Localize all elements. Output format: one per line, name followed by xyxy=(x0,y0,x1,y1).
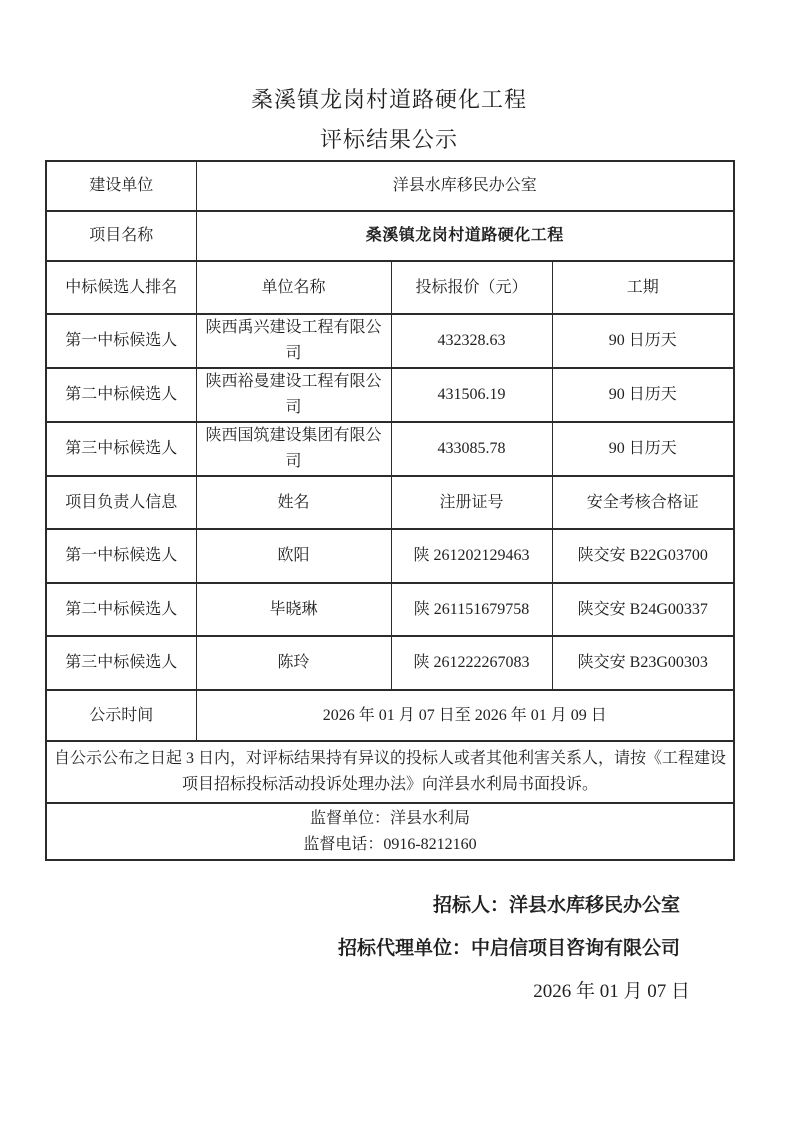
manager-header-name: 姓名 xyxy=(196,476,391,529)
bid-header-price: 投标报价（元） xyxy=(391,261,552,314)
supervision-phone: 监督电话：0916-8212160 xyxy=(53,832,727,858)
manager-row-3: 第三中标候选人 陈玲 陕 261222267083 陕交安 B23G00303 xyxy=(46,636,734,690)
signature-date: 2026 年 01 月 07 日 xyxy=(45,980,733,1004)
bid-duration: 90 日历天 xyxy=(552,422,734,476)
bid-company: 陕西裕曼建设工程有限公司 xyxy=(196,368,391,422)
bid-header-rank: 中标候选人排名 xyxy=(46,261,196,314)
manager-cert-no: 陕 261222267083 xyxy=(391,636,552,690)
supervision-unit: 监督单位：洋县水利局 xyxy=(53,806,727,832)
manager-safety-cert: 陕交安 B24G00337 xyxy=(552,583,734,636)
row-label: 建设单位 xyxy=(46,161,196,211)
bid-price: 432328.63 xyxy=(391,314,552,368)
manager-name: 陈玲 xyxy=(196,636,391,690)
info-row-project-name: 项目名称 桑溪镇龙岗村道路硬化工程 xyxy=(46,211,734,261)
manager-row-2: 第二中标候选人 毕晓琳 陕 261151679758 陕交安 B24G00337 xyxy=(46,583,734,636)
agency-line: 招标代理单位：中启信项目咨询有限公司 xyxy=(45,937,733,961)
bid-price: 433085.78 xyxy=(391,422,552,476)
bid-row-1: 第一中标候选人 陕西禹兴建设工程有限公司 432328.63 90 日历天 xyxy=(46,314,734,368)
manager-rank: 第一中标候选人 xyxy=(46,529,196,583)
construction-unit-value: 洋县水库移民办公室 xyxy=(196,161,734,211)
complaint-notice-row: 自公示公布之日起 3 日内，对评标结果持有异议的投标人或者其他利害关系人，请按《… xyxy=(46,741,734,803)
complaint-notice-text: 自公示公布之日起 3 日内，对评标结果持有异议的投标人或者其他利害关系人，请按《… xyxy=(46,741,734,803)
publicity-value: 2026 年 01 月 07 日至 2026 年 01 月 09 日 xyxy=(196,690,734,741)
bid-row-3: 第三中标候选人 陕西国筑建设集团有限公司 433085.78 90 日历天 xyxy=(46,422,734,476)
tenderer-line: 招标人：洋县水库移民办公室 xyxy=(45,894,733,918)
document-page: 桑溪镇龙岗村道路硬化工程 评标结果公示 建设单位 洋县水库移民办公室 项目名称 … xyxy=(0,0,793,1004)
bid-header-company: 单位名称 xyxy=(196,261,391,314)
supervision-row: 监督单位：洋县水利局 监督电话：0916-8212160 xyxy=(46,803,734,860)
publicity-period-row: 公示时间 2026 年 01 月 07 日至 2026 年 01 月 09 日 xyxy=(46,690,734,741)
bid-company: 陕西国筑建设集团有限公司 xyxy=(196,422,391,476)
supervision-cell: 监督单位：洋县水利局 监督电话：0916-8212160 xyxy=(46,803,734,860)
bid-rank: 第一中标候选人 xyxy=(46,314,196,368)
manager-header-label: 项目负责人信息 xyxy=(46,476,196,529)
bid-price: 431506.19 xyxy=(391,368,552,422)
info-row-construction-unit: 建设单位 洋县水库移民办公室 xyxy=(46,161,734,211)
manager-name: 毕晓琳 xyxy=(196,583,391,636)
manager-header-cert: 注册证号 xyxy=(391,476,552,529)
bid-header-row: 中标候选人排名 单位名称 投标报价（元） 工期 xyxy=(46,261,734,314)
bid-row-2: 第二中标候选人 陕西裕曼建设工程有限公司 431506.19 90 日历天 xyxy=(46,368,734,422)
manager-header-safety: 安全考核合格证 xyxy=(552,476,734,529)
signature-block: 招标人：洋县水库移民办公室 招标代理单位：中启信项目咨询有限公司 2026 年 … xyxy=(45,894,733,1004)
bid-rank: 第二中标候选人 xyxy=(46,368,196,422)
row-label: 项目名称 xyxy=(46,211,196,261)
manager-row-1: 第一中标候选人 欧阳 陕 261202129463 陕交安 B22G03700 xyxy=(46,529,734,583)
bid-header-duration: 工期 xyxy=(552,261,734,314)
manager-rank: 第三中标候选人 xyxy=(46,636,196,690)
page-title: 桑溪镇龙岗村道路硬化工程 xyxy=(45,88,733,112)
page-subtitle: 评标结果公示 xyxy=(45,128,733,152)
publicity-label: 公示时间 xyxy=(46,690,196,741)
manager-cert-no: 陕 261202129463 xyxy=(391,529,552,583)
bid-results-table: 建设单位 洋县水库移民办公室 项目名称 桑溪镇龙岗村道路硬化工程 中标候选人排名… xyxy=(45,160,735,861)
bid-company: 陕西禹兴建设工程有限公司 xyxy=(196,314,391,368)
manager-header-row: 项目负责人信息 姓名 注册证号 安全考核合格证 xyxy=(46,476,734,529)
project-name-value: 桑溪镇龙岗村道路硬化工程 xyxy=(196,211,734,261)
manager-name: 欧阳 xyxy=(196,529,391,583)
manager-rank: 第二中标候选人 xyxy=(46,583,196,636)
bid-duration: 90 日历天 xyxy=(552,314,734,368)
bid-duration: 90 日历天 xyxy=(552,368,734,422)
bid-rank: 第三中标候选人 xyxy=(46,422,196,476)
manager-cert-no: 陕 261151679758 xyxy=(391,583,552,636)
manager-safety-cert: 陕交安 B23G00303 xyxy=(552,636,734,690)
manager-safety-cert: 陕交安 B22G03700 xyxy=(552,529,734,583)
